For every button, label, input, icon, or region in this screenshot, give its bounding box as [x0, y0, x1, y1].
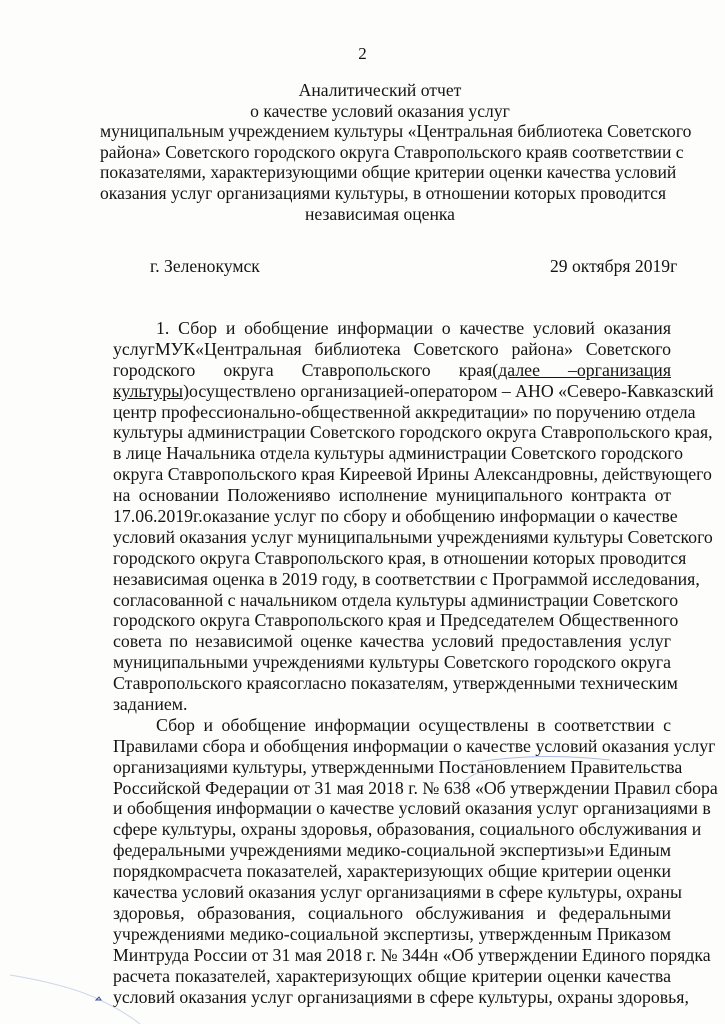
document-date: 29 октября 2019г [550, 256, 677, 277]
paragraph-1-line: услугМУК«Центральная библиотека Советско… [113, 339, 671, 360]
document-body: 1. Сбор и обобщение информации о качеств… [113, 318, 671, 1007]
paragraph-1-line: в лице Начальника отдела культуры админи… [113, 443, 671, 464]
paragraph-2-line: Сбор и обобщение информации осуществлены… [113, 715, 671, 736]
paragraph-2-line: здоровья, образования, социального обслу… [113, 903, 671, 924]
document-place: г. Зеленокумск [150, 256, 260, 277]
document-title: Аналитический отчет о качестве условий о… [100, 80, 660, 224]
document-page: 2 Аналитический отчет о качестве условий… [0, 0, 725, 1024]
paragraph-1-line: культуры администрации Советского городс… [113, 422, 671, 443]
title-line: о качестве условий оказания услуг [100, 101, 660, 122]
paragraph-2-line: порядкомрасчета показателей, характеризу… [113, 861, 671, 882]
paragraph-2-line: организациями культуры, утвержденными По… [113, 757, 671, 778]
paragraph-1-line: округа Ставропольского края Киреевой Ири… [113, 464, 671, 485]
paragraph-2-line: Российской Федерации от 31 мая 2018 г. №… [113, 778, 671, 799]
text-segment: городского округа Ставропольского края [113, 360, 492, 380]
paragraph-2-line: Правилами сбора и обобщения информации о… [113, 736, 671, 757]
paragraph-1-line: городского округа Ставропольского края, … [113, 548, 671, 569]
title-line: независимая оценка [100, 204, 660, 225]
page-number: 2 [0, 44, 725, 64]
paragraph-1-line: заданием. [113, 694, 671, 715]
paragraph-1-line: совета по независимой оценке качества ус… [113, 631, 671, 652]
paragraph-2-line: сфере культуры, охраны здоровья, образов… [113, 819, 671, 840]
paragraph-1-line: муниципальными учреждениями культуры Сов… [113, 652, 671, 673]
paragraph-2-line: учреждениями медико-социальной экспертиз… [113, 924, 671, 945]
text-segment: осуществлено организацией-оператором – А… [189, 381, 714, 401]
paragraph-1-line: Ставропольского краясогласно показателям… [113, 673, 671, 694]
paragraph-2-line: качества условий оказания услуг организа… [113, 882, 671, 903]
title-line: показателями, характеризующими общие кри… [100, 162, 660, 183]
paragraph-1-line: городского округа Ставропольского края и… [113, 610, 671, 631]
paragraph-1-line: независимая оценка в 2019 году, в соотве… [113, 569, 671, 590]
underlined-segment: культуры) [113, 381, 189, 401]
title-line: муниципальным учреждением культуры «Цент… [100, 121, 660, 142]
paragraph-1-line: согласованной с начальником отдела культ… [113, 590, 671, 611]
paragraph-2-line: и обобщения информации о качестве услови… [113, 798, 671, 819]
paragraph-2-line: расчета показателей, характеризующих общ… [113, 966, 671, 987]
paragraph-1-line: 17.06.2019г.оказание услуг по сбору и об… [113, 506, 671, 527]
paragraph-2-line: Минтруда России от 31 мая 2018 г. № 344н… [113, 945, 671, 966]
paragraph-1-line: центр профессионально-общественной аккре… [113, 402, 671, 423]
title-line: оказания услуг организациями культуры, в… [100, 183, 660, 204]
paragraph-1-line: 1. Сбор и обобщение информации о качеств… [113, 318, 671, 339]
underlined-segment: (далее –организация [492, 360, 671, 380]
paragraph-1-line-with-underline: культуры)осуществлено организацией-опера… [113, 381, 671, 402]
paragraph-2-line: федеральными учреждениями медико-социаль… [113, 840, 671, 861]
title-line: района» Советского городского округа Ста… [100, 142, 660, 163]
paragraph-1-line: условий оказания услуг муниципальными уч… [113, 527, 671, 548]
paragraph-1-line-with-underline: городского округа Ставропольского края(д… [113, 360, 671, 381]
title-line: Аналитический отчет [100, 80, 660, 101]
paragraph-2-line: условий оказания услуг организациями в с… [113, 987, 671, 1008]
paragraph-1-line: на основании Положенияво исполнение муни… [113, 485, 671, 506]
